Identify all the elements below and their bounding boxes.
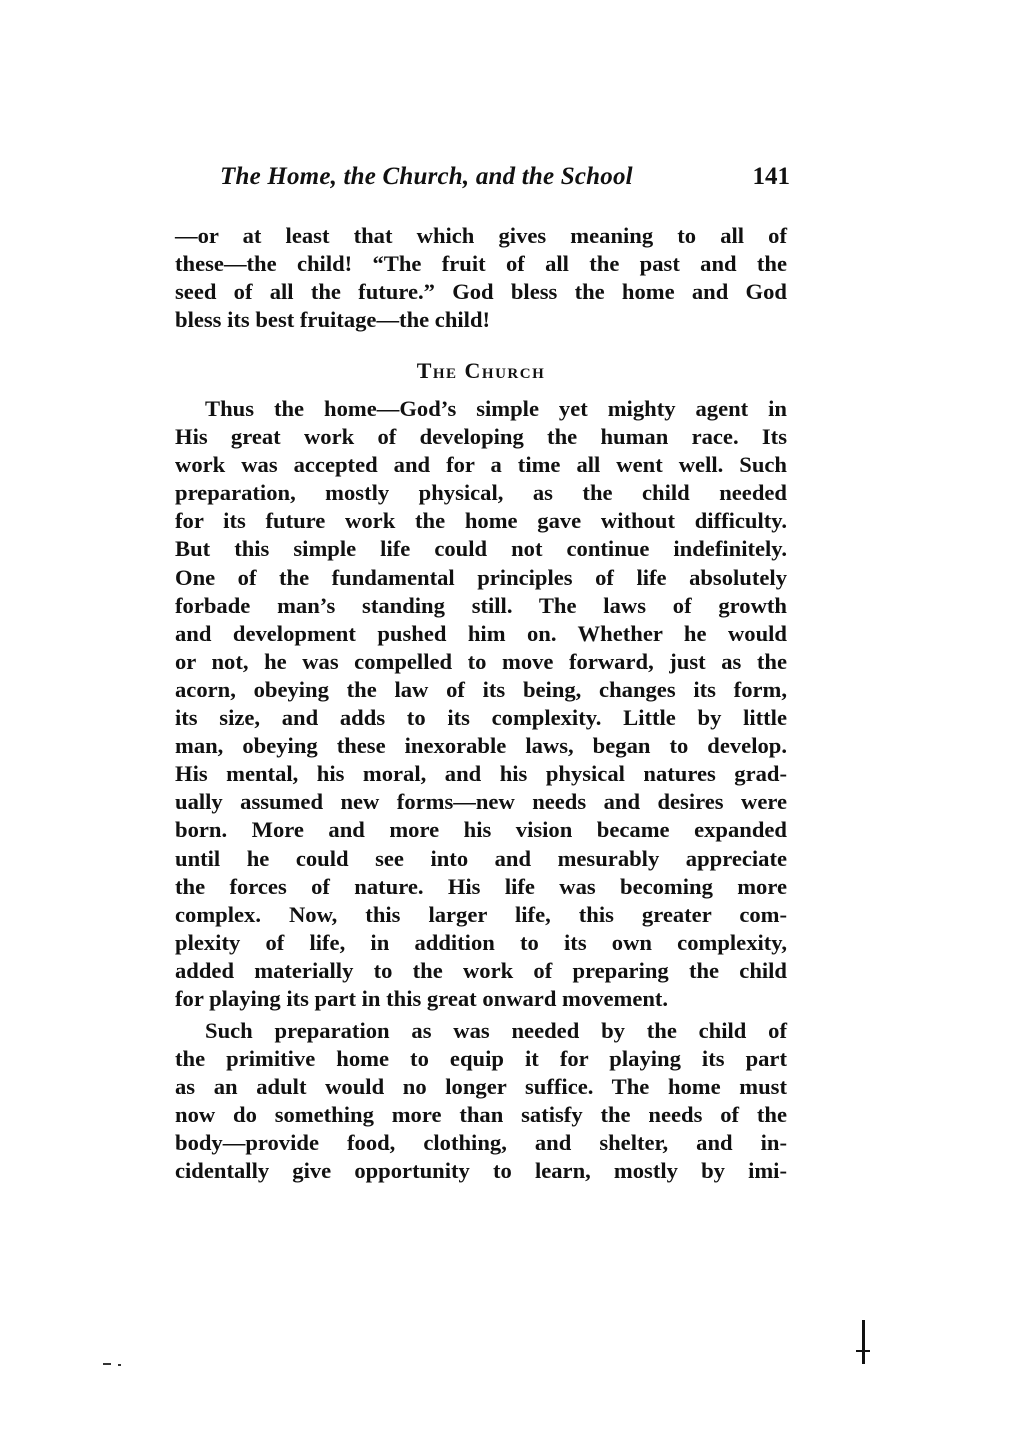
text-line: or not, he was compelled to move forward… (175, 648, 787, 676)
text-line: But this simple life could not continue … (175, 535, 787, 563)
text-line: His great work of developing the human r… (175, 423, 787, 451)
text-line: forbade man’s standing still. The laws o… (175, 592, 787, 620)
running-title: The Home, the Church, and the School (220, 163, 633, 191)
text-line: His mental, his moral, and his physical … (175, 760, 787, 788)
running-head: The Home, the Church, and the School 141 (220, 163, 790, 197)
text-line: for playing its part in this great onwar… (175, 985, 787, 1013)
paragraph-2: Such preparation as was needed by the ch… (175, 1017, 787, 1186)
scan-artifact-mark (856, 1350, 870, 1352)
text-line: —or at least that which gives meaning to… (175, 222, 787, 250)
text-line: the forces of nature. His life was becom… (175, 873, 787, 901)
text-line: and development pushed him on. Whether h… (175, 620, 787, 648)
text-line: One of the fundamental principles of lif… (175, 564, 787, 592)
text-line: added materially to the work of preparin… (175, 957, 787, 985)
text-line: work was accepted and for a time all wen… (175, 451, 787, 479)
text-line: preparation, mostly physical, as the chi… (175, 479, 787, 507)
text-line: complex. Now, this larger life, this gre… (175, 901, 787, 929)
text-line: bless its best fruitage—the child! (175, 306, 787, 334)
text-line: ually assumed new forms—new needs and de… (175, 788, 787, 816)
paragraph-1: Thus the home—God’s simple yet mighty ag… (175, 395, 787, 1013)
text-line: born. More and more his vision became ex… (175, 816, 787, 844)
text-line: its size, and adds to its complexity. Li… (175, 704, 787, 732)
scan-artifact-mark (118, 1364, 121, 1366)
text-line: as an adult would no longer suffice. The… (175, 1073, 787, 1101)
text-line: these—the child! “The fruit of all the p… (175, 250, 787, 278)
scan-artifact-mark (103, 1363, 111, 1365)
text-line: acorn, obeying the law of its being, cha… (175, 676, 787, 704)
page-number: 141 (753, 163, 791, 191)
text-line: for its future work the home gave withou… (175, 507, 787, 535)
text-line: seed of all the future.” God bless the h… (175, 278, 787, 306)
text-line: Such preparation as was needed by the ch… (175, 1017, 787, 1045)
text-line: man, obeying these inexorable laws, bega… (175, 732, 787, 760)
opening-paragraph: —or at least that which gives meaning to… (175, 222, 787, 334)
book-page: The Home, the Church, and the School 141… (0, 0, 1010, 1454)
scan-artifact-mark (862, 1320, 865, 1364)
text-line: the primitive home to equip it for playi… (175, 1045, 787, 1073)
text-line: plexity of life, in addition to its own … (175, 929, 787, 957)
text-line: now do something more than satisfy the n… (175, 1101, 787, 1129)
text-line: until he could see into and mesurably ap… (175, 845, 787, 873)
text-line: body—provide food, clothing, and shelter… (175, 1129, 787, 1157)
text-line: cidentally give opportunity to learn, mo… (175, 1157, 787, 1185)
text-line: Thus the home—God’s simple yet mighty ag… (175, 395, 787, 423)
section-heading: The Church (175, 358, 787, 384)
